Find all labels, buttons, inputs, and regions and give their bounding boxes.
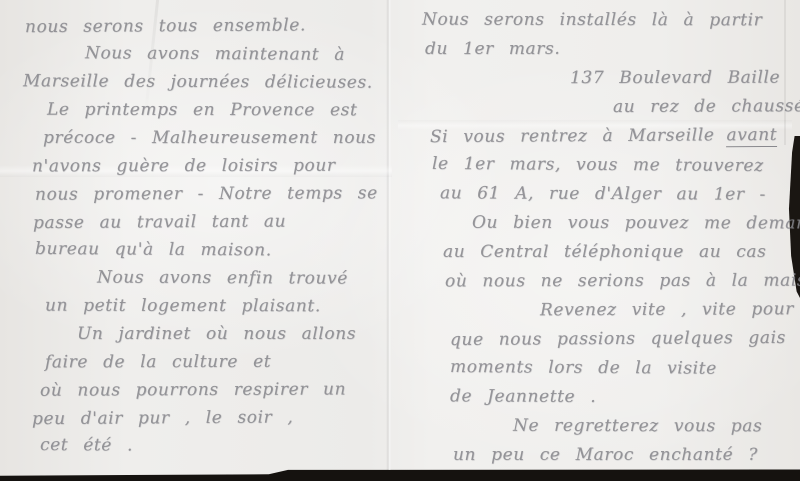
letter-line: nous promener - Notre temps se: [20, 179, 392, 209]
handwriting-text: 137 Boulevard Baille: [570, 68, 780, 88]
handwriting-text: Le printemps en Provence est: [47, 100, 357, 121]
letter-line: où nous ne serions pas à la maison.: [420, 266, 796, 296]
letter-page-left: nous serons tous ensemble.Nous avons mai…: [20, 12, 392, 460]
letter-line: Nous avons maintenant à: [20, 39, 392, 69]
letter-line: faire de la culture et: [20, 348, 392, 377]
handwriting-text: Revenez vite , vite pour: [540, 299, 794, 320]
handwriting-text: Si vous rentrez à Marseille: [430, 125, 715, 147]
letter-page-right: Nous serons installés là à partirdu 1er …: [420, 5, 796, 469]
letter-line: passe au travail tant au: [20, 207, 392, 237]
letter-line: un petit logement plaisant.: [20, 292, 392, 321]
handwriting-text: nous serons tous ensemble.: [25, 15, 306, 37]
handwriting-text: Nous serons installés là à partir: [422, 10, 762, 31]
letter-line: le 1er mars, vous me trouverez: [420, 149, 796, 180]
letter-line: où nous pourrons respirer un: [20, 375, 392, 405]
handwriting-text: que nous passions quelques gais: [450, 328, 786, 350]
letter-line: Marseille des journées délicieuses.: [20, 67, 392, 97]
handwriting-text: précoce - Malheureusement nous: [43, 128, 376, 148]
handwriting-text: cet été .: [40, 435, 133, 456]
letter-line: que nous passions quelques gais: [420, 323, 796, 354]
letter-line: au 61 A, rue d'Alger au 1er -: [420, 178, 796, 209]
letter-line: Revenez vite , vite pour: [420, 294, 796, 325]
handwriting-text: Nous avons maintenant à: [85, 43, 345, 65]
letter-line: Nous serons installés là à partir: [420, 5, 796, 35]
handwriting-text: bureau qu'à la maison.: [35, 239, 272, 260]
letter-line: Ou bien vous pouvez me demander: [420, 208, 796, 238]
handwriting-text: faire de la culture et: [45, 352, 271, 372]
letter-line: un peu ce Maroc enchanté ?: [420, 440, 796, 469]
handwriting-text: Marseille des journées délicieuses.: [23, 71, 373, 92]
handwriting-text: Nous avons enfin trouvé: [97, 268, 348, 289]
handwriting-text: Ne regretterez vous pas: [513, 416, 762, 437]
scanned-letter: nous serons tous ensemble.Nous avons mai…: [0, 0, 800, 481]
letter-line: Ne regretterez vous pas: [420, 411, 796, 441]
handwriting-text: n'avons guère de loisirs pour: [32, 156, 336, 177]
handwriting-text: au 61 A, rue d'Alger au 1er -: [440, 183, 766, 204]
letter-line: précoce - Malheureusement nous: [20, 124, 392, 152]
handwriting-text: passe au travail tant au: [33, 211, 286, 233]
letter-line: moments lors de la visite: [420, 352, 796, 383]
handwriting-text: nous promener - Notre temps se: [35, 183, 378, 204]
letter-line: de Jeannette .: [420, 381, 796, 412]
letter-line: au rez de chaussée -: [420, 91, 796, 122]
letter-line: peu d'air pur , le soir ,: [20, 403, 392, 433]
letter-line: bureau qu'à la maison.: [20, 235, 392, 265]
letter-line: Si vous rentrez à Marseilleavant: [420, 120, 796, 151]
handwriting-text: au Central téléphonique au cas: [443, 242, 766, 262]
letter-line: du 1er mars.: [420, 34, 796, 63]
letter-line: Le printemps en Provence est: [20, 96, 392, 125]
handwriting-text: de Jeannette .: [450, 386, 596, 407]
letter-line: n'avons guère de loisirs pour: [20, 152, 392, 181]
handwriting-text: du 1er mars.: [425, 39, 560, 59]
handwriting-text: Ou bien vous pouvez me demander: [472, 213, 800, 234]
handwriting-text: peu d'air pur , le soir ,: [32, 407, 293, 429]
handwriting-text: le 1er mars, vous me trouverez: [432, 154, 764, 176]
letter-line: cet été .: [20, 431, 392, 461]
handwriting-text: moments lors de la visite: [450, 357, 717, 379]
handwriting-text: où nous pourrons respirer un: [40, 379, 346, 400]
letter-line: Nous avons enfin trouvé: [20, 263, 392, 293]
letter-line: nous serons tous ensemble.: [20, 11, 392, 41]
handwriting-text: un peu ce Maroc enchanté ?: [453, 445, 758, 465]
handwriting-text: un petit logement plaisant.: [45, 296, 321, 317]
handwriting-text: Un jardinet où nous allons: [77, 324, 356, 344]
letter-line: 137 Boulevard Baille: [420, 63, 796, 93]
letter-line: au Central téléphonique au cas: [420, 237, 796, 266]
handwriting-text: au rez de chaussée -: [613, 96, 800, 117]
letter-line: Un jardinet où nous allons: [20, 320, 392, 348]
handwriting-text: où nous ne serions pas à la maison.: [445, 271, 800, 292]
underlined-word: avant: [726, 125, 777, 147]
